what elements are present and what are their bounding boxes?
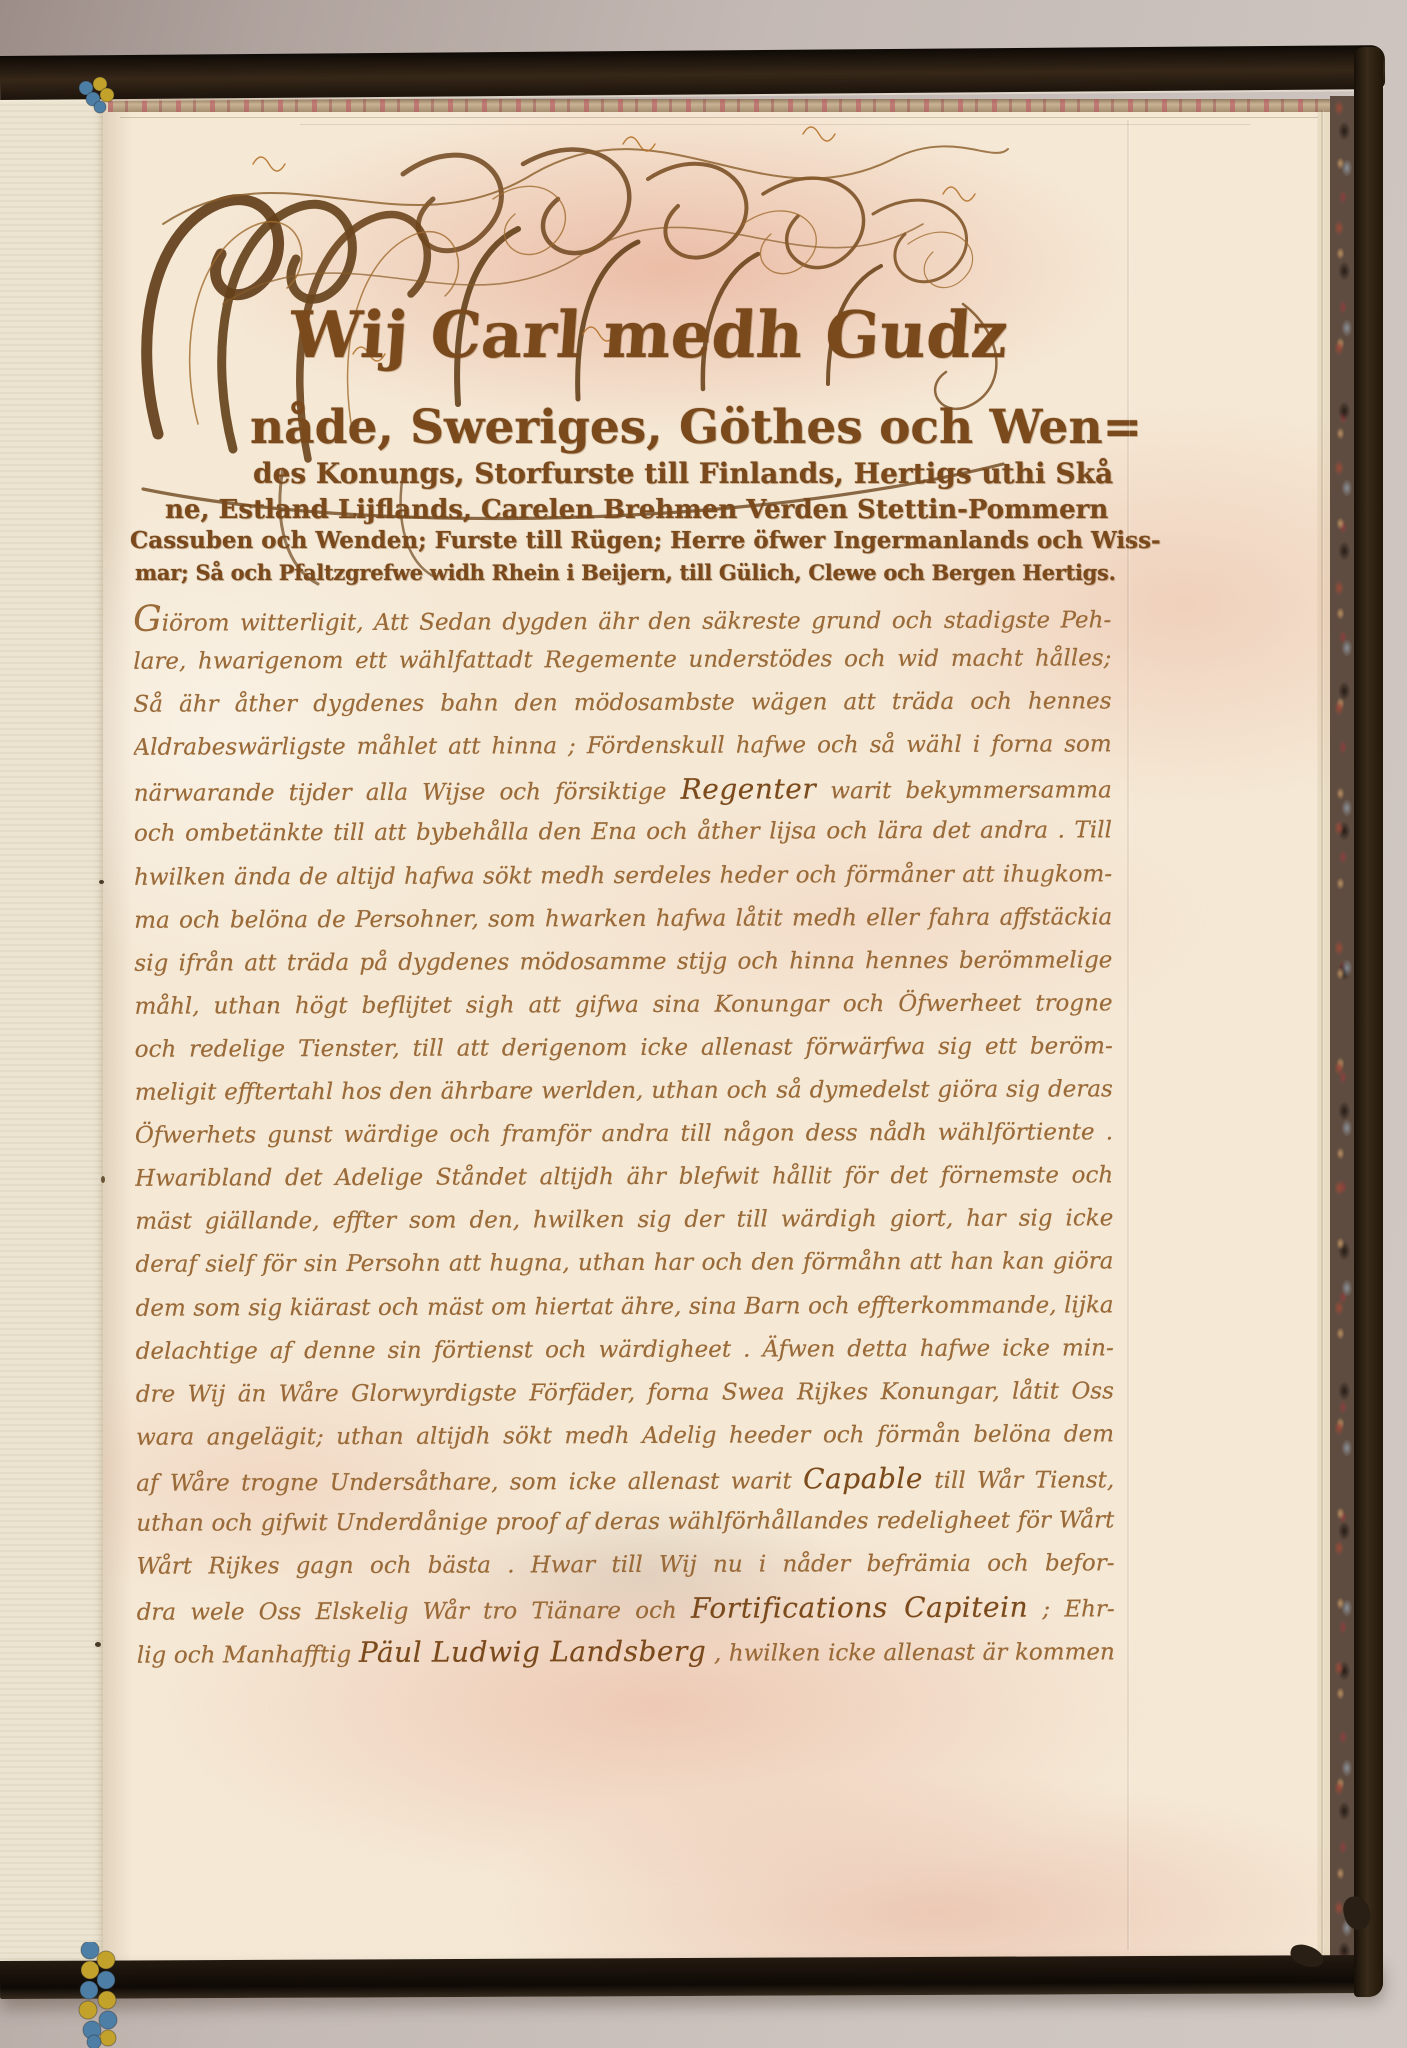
marbled-fore-edge <box>1330 96 1356 1966</box>
manuscript-line: uthan och gifwit Underdånige proof af de… <box>136 1499 1114 1546</box>
latin-script-word: Fortifications Capitein <box>691 1591 1028 1625</box>
stitch-mark <box>101 1176 105 1183</box>
manuscript-line: ma och belöna de Persohner, som hwarken … <box>134 896 1112 943</box>
manuscript-line: deraf sielf för sin Persohn att hugna, u… <box>135 1241 1113 1288</box>
ink-speck <box>268 1004 271 1007</box>
page-edge-line <box>120 117 1318 118</box>
body-text: Giörom witterligit, Att Sedan dygden ähr… <box>133 594 1115 1675</box>
manuscript-page: Wij Carl medh Gudz nåde, Sweriges, Göthe… <box>103 100 1332 1968</box>
endband-top-icon <box>76 76 118 114</box>
manuscript-line: närwarande tijder alla Wijse och försikt… <box>134 767 1112 814</box>
page-crease <box>1127 120 1129 1950</box>
latin-script-word: Päul Ludwig Landsberg <box>359 1635 707 1669</box>
book-cover-top-edge <box>0 45 1385 100</box>
royal-style-line: nåde, Sweriges, Göthes och Wen= <box>250 400 1142 455</box>
royal-style-line: ne, Estland Lijflands, Carelen Brehmen V… <box>165 495 1108 525</box>
manuscript-line: och ombetänkte till att bybehålla den En… <box>134 810 1112 857</box>
manuscript-line: och redelige Tienster, till att derigeno… <box>135 1025 1113 1072</box>
manuscript-line: måhl, uthan högt beflijtet sigh att gifw… <box>134 982 1112 1029</box>
manuscript-line: lig och Manhafftig Päul Ludwig Landsberg… <box>137 1629 1115 1676</box>
manuscript-line: sig ifrån att träda på dygdenes mödosamm… <box>134 939 1112 986</box>
manuscript-line: Hwaribland det Adelige Ståndet altijdh ä… <box>135 1155 1113 1202</box>
marbled-top-edge <box>108 99 1332 112</box>
latin-script-word: Capable <box>803 1462 923 1495</box>
manuscript-line: dre Wij än Wåre Glorwyrdigste Förfäder, … <box>136 1370 1114 1417</box>
manuscript-line: mäst giällande, effter som den, hwilken … <box>135 1198 1113 1245</box>
endband-bottom-icon <box>64 1942 136 2048</box>
book-cover-right-edge <box>1354 47 1383 1997</box>
manuscript-line: Så ähr åther dygdenes bahn den mödosambs… <box>133 680 1111 727</box>
manuscript-line: dem som sig kiärast och mäst om hiertat … <box>136 1284 1114 1331</box>
page-crease <box>1321 110 1323 1960</box>
scanned-manuscript-scene: Wij Carl medh Gudz nåde, Sweriges, Göthe… <box>0 0 1407 2048</box>
royal-style-line: mar; Så och Pfaltzgrefwe widh Rhein i Be… <box>135 560 1116 585</box>
manuscript-line: dra wele Oss Elskelig Wår tro Tiänare oc… <box>137 1585 1115 1632</box>
manuscript-line: wara angelägit; uthan altijdh sökt medh … <box>136 1413 1114 1460</box>
latin-script-word: Regenter <box>681 773 817 806</box>
verso-page-edge <box>0 86 107 1982</box>
royal-style-line: des Konungs, Storfurste till Finlands, H… <box>253 457 1113 490</box>
manuscript-line: hwilken ända de altijd hafwa sökt medh s… <box>134 853 1112 900</box>
heading-invocation: Wij Carl medh Gudz <box>287 298 1010 373</box>
manuscript-line: Wårt Rijkes gagn och bästa . Hwar till W… <box>136 1542 1114 1589</box>
manuscript-line: lare, hwarigenom ett wählfattadt Regemen… <box>133 637 1111 684</box>
page-edge-line <box>300 124 1250 125</box>
ink-speck <box>95 1642 101 1647</box>
manuscript-line: Giörom witterligit, Att Sedan dygden ähr… <box>133 594 1111 641</box>
book-cover-bottom-edge <box>0 1955 1383 1999</box>
manuscript-line: Öfwerhets gunst wärdige och framför andr… <box>135 1111 1113 1158</box>
manuscript-line: delachtige af denne sin förtienst och wä… <box>136 1327 1114 1374</box>
manuscript-line: meligit efftertahl hos den ährbare werld… <box>135 1068 1113 1115</box>
manuscript-line: af Wåre trogne Undersåthare, som icke al… <box>136 1456 1114 1503</box>
royal-style-line: Cassuben och Wenden; Furste till Rügen; … <box>130 527 1161 554</box>
ink-speck <box>99 880 104 884</box>
manuscript-line: Aldrabeswärligste måhlet att hinna ; För… <box>134 724 1112 771</box>
